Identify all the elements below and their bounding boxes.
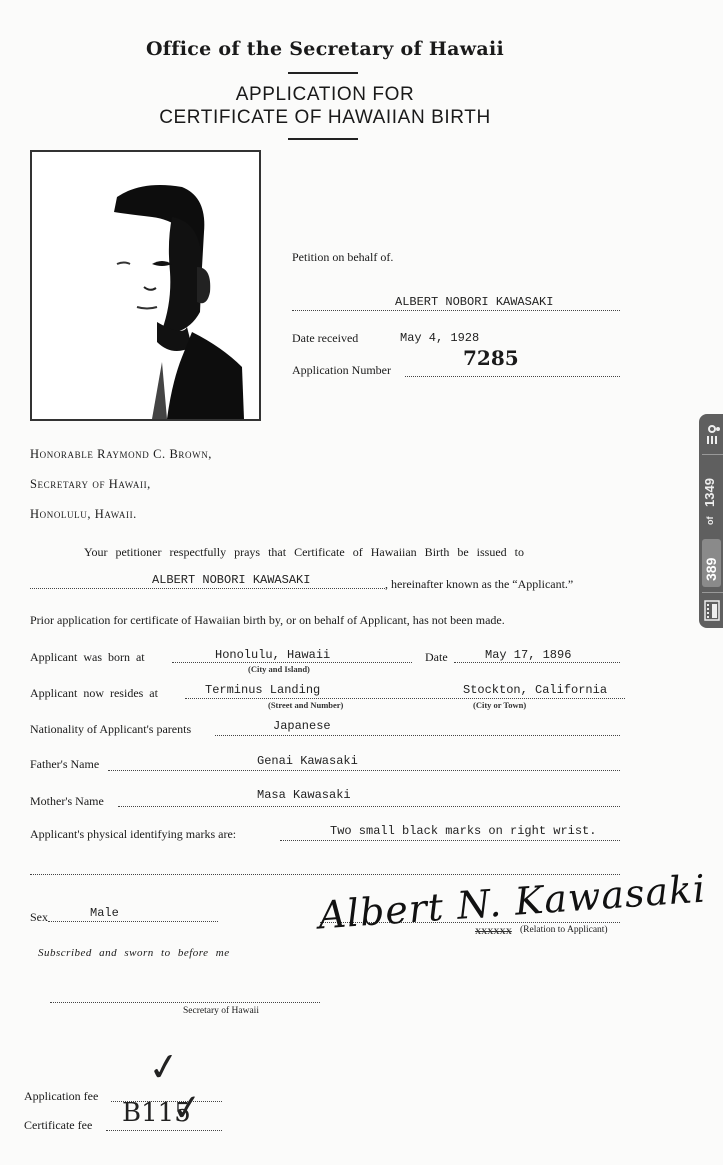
total-pages: 1349	[702, 478, 717, 507]
resides-street-value: Terminus Landing	[205, 683, 320, 697]
title-line-1: APPLICATION FOR	[0, 84, 650, 106]
certificate-fee-line	[106, 1130, 222, 1131]
grid-view-icon	[699, 414, 723, 454]
page-navigator[interactable]: 1349 of 389	[699, 414, 723, 628]
application-fee-check-icon: ✓	[145, 1043, 183, 1091]
filmstrip-icon	[699, 593, 723, 628]
certificate-fee-check-icon: ✓	[170, 1087, 204, 1131]
relation-struck: XXXXXX	[475, 926, 512, 936]
of-label: of	[705, 517, 715, 526]
marks-line-2	[30, 874, 620, 875]
grid-view-button[interactable]	[699, 414, 723, 454]
marks-line	[280, 840, 620, 841]
birth-date-label: Date	[425, 650, 448, 665]
oath-text: Subscribed and sworn to before me	[38, 947, 230, 959]
prior-application-text: Prior application for certificate of Haw…	[30, 613, 505, 628]
born-at-line	[172, 662, 412, 663]
born-at-value: Honolulu, Hawaii	[215, 648, 330, 662]
applicant-photo	[30, 150, 261, 421]
hereinafter-text: , hereinafter known as the “Applicant.”	[385, 577, 573, 592]
application-number-value: 7285	[463, 346, 519, 370]
born-at-caption: (City and Island)	[248, 664, 310, 674]
applicant-name: ALBERT NOBORI KAWASAKI	[152, 573, 310, 587]
title-line-2: CERTIFICATE OF HAWAIIAN BIRTH	[0, 107, 650, 129]
current-page: 389	[703, 558, 719, 581]
mother-line	[118, 806, 620, 807]
application-fee-label: Application fee	[24, 1089, 98, 1104]
resides-label: Applicant now resides at	[30, 686, 158, 701]
office-header: Office of the Secretary of Hawaii	[0, 38, 650, 60]
mother-value: Masa Kawasaki	[257, 788, 351, 802]
petition-name: ALBERT NOBORI KAWASAKI	[395, 295, 553, 309]
sex-line	[48, 921, 218, 922]
applicant-signature: Albert N. Kawasaki	[317, 867, 708, 938]
prayer-text: Your petitioner respectfully prays that …	[84, 545, 524, 560]
resides-city-value: Stockton, California	[463, 683, 607, 697]
nationality-label: Nationality of Applicant's parents	[30, 722, 191, 737]
sex-value: Male	[90, 906, 119, 920]
resides-city-caption: (City or Town)	[473, 700, 526, 710]
petition-label: Petition on behalf of.	[292, 250, 393, 265]
relation-caption: (Relation to Applicant)	[520, 925, 608, 935]
father-label: Father's Name	[30, 757, 99, 772]
resides-street-caption: (Street and Number)	[268, 700, 343, 710]
birth-date-value: May 17, 1896	[485, 648, 571, 662]
header-rule-bottom	[288, 138, 358, 140]
father-line	[108, 770, 620, 771]
sex-label: Sex	[30, 910, 48, 925]
petition-name-line	[292, 310, 620, 311]
secretary-caption: Secretary of Hawaii	[183, 1006, 259, 1016]
current-page-box[interactable]: 389	[702, 539, 721, 587]
page-counter[interactable]: 1349 of 389	[699, 455, 723, 591]
resides-line	[185, 698, 625, 699]
date-received-value: May 4, 1928	[400, 331, 479, 345]
father-value: Genai Kawasaki	[257, 754, 358, 768]
nationality-value: Japanese	[273, 719, 331, 733]
marks-value: Two small black marks on right wrist.	[330, 824, 596, 838]
secretary-signature-line	[50, 1002, 320, 1003]
nationality-line	[215, 735, 620, 736]
application-number-label: Application Number	[292, 363, 391, 378]
birth-date-line	[454, 662, 620, 663]
addressee-name: Honorable Raymond C. Brown,	[30, 447, 212, 462]
mother-label: Mother's Name	[30, 794, 104, 809]
date-received-label: Date received	[292, 331, 358, 346]
filmstrip-button[interactable]	[699, 593, 723, 628]
header-rule-top	[288, 72, 358, 74]
marks-label: Applicant's physical identifying marks a…	[30, 827, 236, 842]
portrait-image	[32, 152, 259, 419]
application-number-line	[405, 376, 620, 377]
born-at-label: Applicant was born at	[30, 650, 145, 665]
addressee-title: Secretary of Hawaii,	[30, 477, 151, 492]
certificate-fee-label: Certificate fee	[24, 1118, 92, 1133]
applicant-name-line	[30, 588, 385, 589]
addressee-city: Honolulu, Hawaii.	[30, 507, 137, 522]
